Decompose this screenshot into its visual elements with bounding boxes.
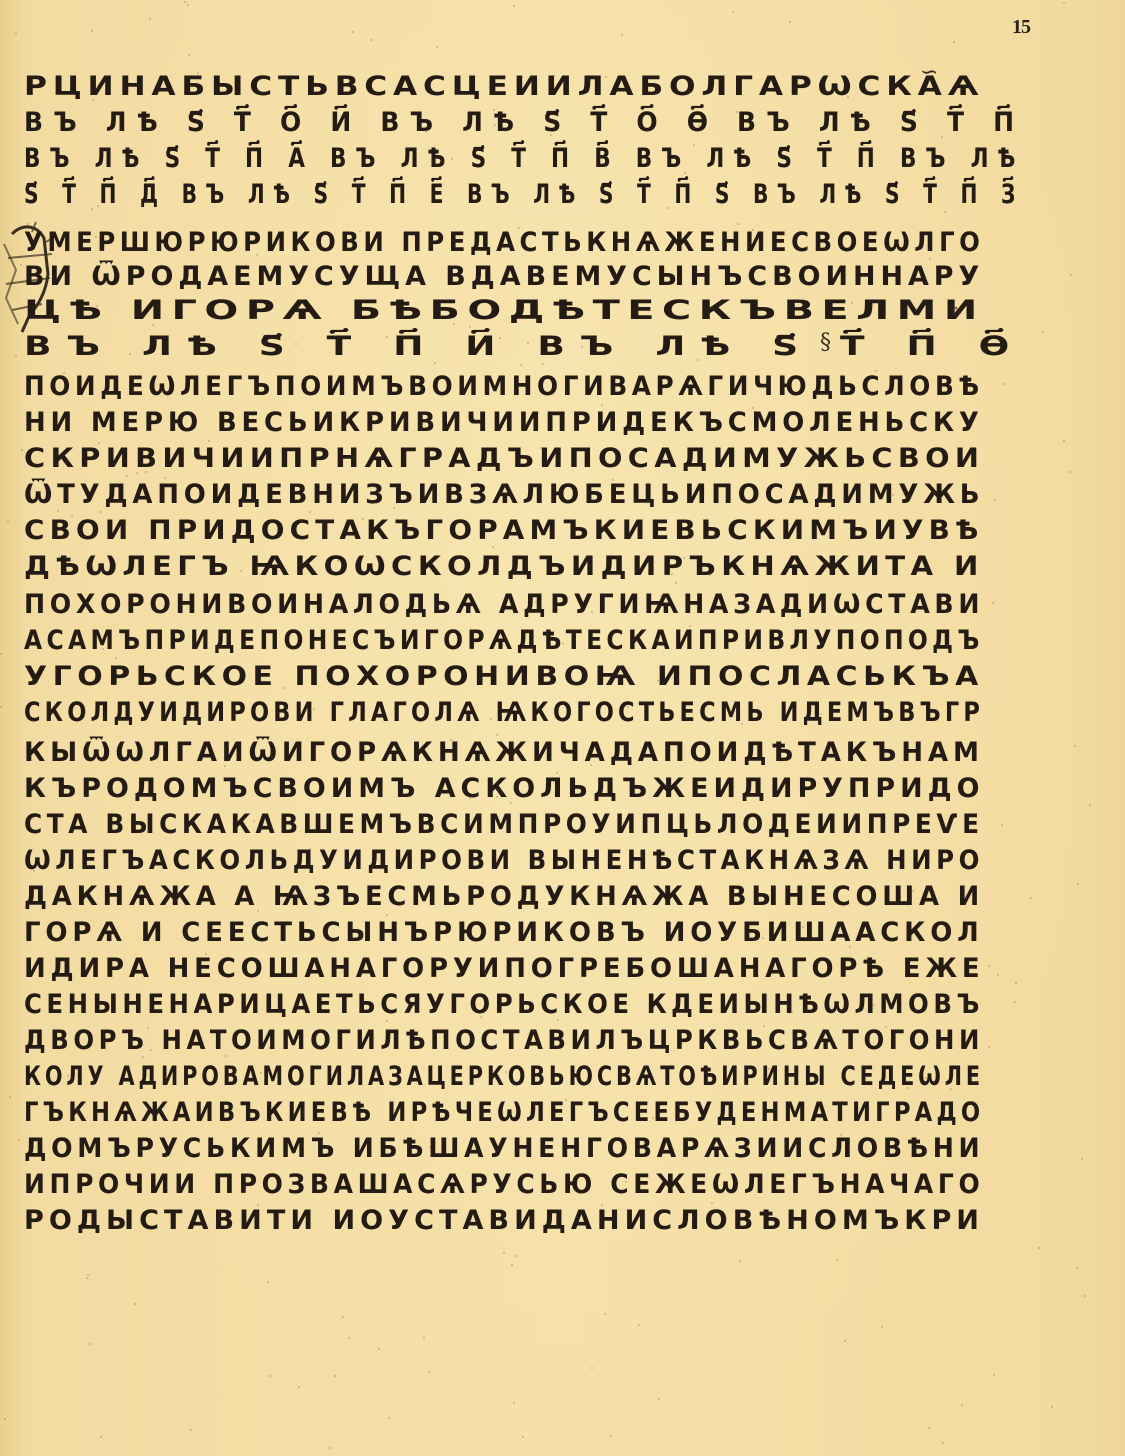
paper-speck	[190, 1429, 192, 1431]
paper-speck	[689, 625, 691, 627]
paper-speck	[1001, 824, 1003, 826]
text-line: сеныненарицаетьсяугорьское кдеиынѣѡлмовъ	[24, 990, 984, 1020]
paper-speck	[540, 447, 542, 449]
paper-speck	[1008, 152, 1010, 154]
paper-speck	[197, 72, 199, 74]
paper-speck	[656, 958, 658, 960]
paper-speck	[172, 1120, 174, 1122]
paper-speck	[768, 1068, 770, 1070]
paper-speck	[510, 802, 512, 804]
paper-speck	[988, 965, 990, 967]
paper-speck	[837, 928, 839, 930]
paper-speck	[684, 172, 686, 174]
paper-speck	[590, 764, 592, 766]
paper-speck	[496, 734, 498, 736]
paper-speck	[992, 602, 994, 604]
paper-speck	[961, 1404, 963, 1406]
paper-speck	[709, 574, 711, 576]
paper-speck	[4, 1418, 6, 1420]
paper-speck	[87, 1274, 89, 1276]
text-line: ѡлегъаскольдуидирови выненѣстакнѧзѧ ниро	[24, 846, 984, 876]
paper-speck	[329, 1447, 331, 1449]
paper-speck	[1074, 745, 1076, 747]
paper-speck	[601, 1204, 603, 1206]
paper-speck	[103, 717, 105, 719]
paper-speck	[907, 1087, 909, 1089]
paper-speck	[520, 364, 522, 366]
paper-speck	[610, 1435, 612, 1437]
paper-speck	[269, 1375, 271, 1377]
paper-speck	[513, 5, 515, 7]
paper-speck	[857, 121, 859, 123]
paper-speck	[885, 198, 887, 200]
paper-speck	[494, 124, 496, 126]
paper-speck	[535, 601, 537, 603]
paper-speck	[667, 207, 669, 209]
paper-speck	[97, 205, 99, 207]
paper-speck	[188, 54, 190, 56]
paper-speck	[63, 372, 65, 374]
paper-speck	[71, 515, 73, 517]
paper-speck	[348, 1337, 350, 1339]
paper-speck	[763, 1025, 765, 1027]
paper-speck	[522, 1436, 524, 1438]
paper-speck	[98, 442, 100, 444]
paper-speck	[300, 521, 302, 523]
paper-speck	[15, 33, 17, 35]
paper-speck	[353, 456, 355, 458]
paper-speck	[527, 342, 529, 344]
paper-speck	[503, 1252, 505, 1254]
paper-speck	[271, 756, 273, 758]
paper-speck	[730, 567, 732, 569]
paper-speck	[400, 1072, 402, 1074]
paper-speck	[1014, 1001, 1016, 1003]
paper-speck	[652, 1117, 654, 1119]
paper-speck	[612, 479, 614, 481]
text-line: поидеѡлегъпоимъвоимногиварѧгичюдьсловѣ	[24, 372, 984, 402]
paper-speck	[875, 370, 877, 372]
paper-speck	[33, 870, 35, 872]
paper-speck	[114, 598, 116, 600]
paper-speck	[836, 1259, 838, 1261]
paper-speck	[849, 946, 851, 948]
paper-speck	[689, 91, 691, 93]
paper-speck	[91, 208, 93, 210]
paper-speck	[142, 1056, 144, 1058]
paper-speck	[627, 706, 629, 708]
text-line: свои придостакъгорамъкиевьскимъиувѣ	[24, 516, 984, 546]
paper-speck	[637, 312, 639, 314]
paper-speck	[671, 573, 673, 575]
paper-speck	[736, 111, 738, 113]
paper-speck	[892, 494, 894, 496]
text-line: угорьское похоронивоѩ ипосласькъа	[24, 662, 984, 692]
paper-speck	[469, 797, 471, 799]
text-line: ста выскакавшемъвсимпроуипцьлодеиипреѵе	[24, 810, 984, 840]
paper-speck	[450, 739, 452, 741]
paper-speck	[1063, 2, 1065, 4]
paper-speck	[119, 719, 121, 721]
paper-speck	[1081, 1158, 1083, 1160]
paper-speck	[386, 336, 388, 338]
paper-speck	[928, 1427, 930, 1429]
paper-speck	[881, 1326, 883, 1328]
paper-speck	[313, 708, 315, 710]
text-line: ипрочии прозвашасѧрусью сежеѡлегъначаго	[24, 1170, 984, 1200]
paper-speck	[140, 1150, 142, 1152]
paper-speck	[423, 1337, 425, 1339]
paper-speck	[550, 134, 552, 136]
paper-speck	[549, 813, 551, 815]
paper-speck	[89, 1343, 91, 1345]
paper-speck	[604, 1313, 606, 1315]
paper-speck	[445, 411, 447, 413]
paper-speck	[388, 1417, 390, 1419]
year-entry-line: въ лѣ ѕ҃ т҃ п҃ а҃ въ лѣ ѕ҃ т҃ п҃ в҃ въ л…	[24, 144, 1024, 174]
paper-speck	[752, 229, 754, 231]
paper-speck	[542, 363, 544, 365]
paper-speck	[32, 720, 34, 722]
paper-speck	[86, 1277, 88, 1279]
paper-speck	[283, 687, 285, 689]
paper-speck	[318, 1132, 320, 1134]
text-line: умершюрюрикови предастькнѧжениесвоеѡлго	[24, 228, 984, 258]
paper-speck	[993, 1374, 995, 1376]
text-line: рцинабыстьвсасцеиилаболгарѡскаѧ	[24, 72, 984, 102]
paper-speck	[553, 75, 555, 77]
paper-speck	[490, 718, 492, 720]
paper-speck	[591, 1367, 593, 1369]
paper-speck	[453, 323, 455, 325]
paper-speck	[91, 30, 93, 32]
paper-speck	[1038, 1247, 1040, 1249]
paper-speck	[515, 749, 517, 751]
paper-speck	[950, 1088, 952, 1090]
paper-speck	[386, 1020, 388, 1022]
paper-speck	[9, 1096, 11, 1098]
paper-speck	[565, 1099, 567, 1101]
text-line: дѣѡлегъ ѩкоѡсколдъидиръкнѧжита и	[24, 552, 984, 582]
paper-speck	[518, 227, 520, 229]
paper-speck	[27, 223, 29, 225]
paper-speck	[628, 428, 630, 430]
paper-speck	[129, 353, 131, 355]
paper-speck	[429, 1146, 431, 1148]
paper-speck	[32, 817, 34, 819]
paper-speck	[912, 890, 914, 892]
paper-speck	[1030, 897, 1032, 899]
marginal-flourish-icon: ꙳	[950, 300, 962, 330]
paper-speck	[997, 974, 999, 976]
text-line: колу адировамогилазацерковьюсвѧтоѣирины …	[24, 1062, 984, 1092]
paper-speck	[558, 340, 560, 342]
paper-speck	[436, 46, 438, 48]
paper-speck	[623, 822, 625, 824]
paper-speck	[349, 1184, 351, 1186]
paper-speck	[929, 258, 931, 260]
paper-speck	[1003, 383, 1005, 385]
paper-speck	[994, 499, 996, 501]
paper-speck	[267, 1281, 269, 1283]
paper-speck	[657, 680, 659, 682]
paper-speck	[504, 637, 506, 639]
paper-speck	[711, 1202, 713, 1204]
paper-speck	[224, 765, 226, 767]
paper-speck	[334, 1375, 336, 1377]
paper-speck	[988, 1046, 990, 1048]
paper-speck	[942, 1442, 944, 1444]
text-line: горѧ и сеестьсынърюриковъ иоубишааскол	[24, 918, 984, 948]
paper-speck	[683, 557, 685, 559]
paper-speck	[697, 359, 699, 361]
paper-speck	[18, 1139, 20, 1141]
paper-speck	[257, 1204, 259, 1206]
page-number: 15	[1012, 16, 1030, 39]
paper-speck	[658, 1398, 660, 1400]
paper-speck	[741, 723, 743, 725]
paper-speck	[656, 639, 658, 641]
paper-speck	[515, 1255, 517, 1257]
paper-speck	[135, 644, 137, 646]
paper-speck	[342, 1316, 344, 1318]
paper-speck	[873, 1004, 875, 1006]
paper-speck	[739, 1260, 741, 1262]
paper-speck	[754, 428, 756, 430]
paper-speck	[1084, 1295, 1086, 1297]
paper-speck	[499, 337, 501, 339]
paper-speck	[511, 1264, 513, 1266]
paper-speck	[20, 264, 22, 266]
paper-speck	[513, 1402, 515, 1404]
text-line: дакнѧжа а ѩзъесмьродукнѧжа вынесоша и	[24, 882, 984, 912]
paper-speck	[187, 4, 189, 6]
text-line: ни мерю весьикривичиипридекъсмоленьску	[24, 408, 984, 438]
paper-speck	[96, 305, 98, 307]
paper-speck	[126, 475, 128, 477]
paper-speck	[100, 1436, 102, 1438]
text-line: скривичиипрнѧградъипосадимужьсвои	[24, 444, 984, 474]
paper-speck	[706, 537, 708, 539]
text-line: идира несошанагоруипогребошанагорѣ еже	[24, 954, 984, 984]
paper-speck	[752, 407, 754, 409]
paper-speck	[257, 429, 259, 431]
paper-speck	[102, 648, 104, 650]
text-line: похоронивоиналодьѧ адругиѩназадиѡстави	[24, 590, 984, 620]
paper-speck	[385, 604, 387, 606]
paper-speck	[641, 855, 643, 857]
paper-speck	[451, 158, 453, 160]
paper-speck	[393, 507, 395, 509]
marginal-flourish-icon: §	[820, 330, 831, 355]
paper-speck	[57, 510, 59, 512]
paper-speck	[67, 1075, 69, 1077]
paper-speck	[789, 21, 791, 23]
paper-speck	[971, 600, 973, 602]
paper-speck	[557, 1019, 559, 1021]
paper-speck	[352, 31, 354, 33]
paper-speck	[1051, 1406, 1053, 1408]
paper-speck	[184, 1, 186, 3]
paper-speck	[145, 471, 147, 473]
paper-speck	[309, 511, 311, 513]
paper-speck	[847, 96, 849, 98]
paper-speck	[100, 511, 102, 513]
paper-speck	[425, 131, 427, 133]
text-line: ѿтудапоидевнизъивзѧлюбецьипосадимужь	[24, 480, 984, 510]
paper-speck	[953, 41, 955, 43]
paper-speck	[844, 1340, 846, 1342]
paper-speck	[802, 926, 804, 928]
paper-speck	[92, 99, 94, 101]
paper-speck	[820, 713, 822, 715]
paper-speck	[225, 1055, 227, 1057]
paper-speck	[758, 244, 760, 246]
paper-speck	[138, 565, 140, 567]
paper-speck	[698, 125, 700, 127]
paper-speck	[840, 1134, 842, 1136]
paper-speck	[115, 657, 117, 659]
paper-speck	[370, 39, 372, 41]
paper-speck	[149, 18, 151, 20]
paper-speck	[1089, 804, 1091, 806]
paper-speck	[675, 582, 677, 584]
paper-speck	[851, 302, 853, 304]
paper-speck	[601, 404, 603, 406]
text-line: ви ѿродаемусуща вдавемусынъсвоиннару	[24, 262, 984, 292]
paper-speck	[941, 136, 943, 138]
paper-speck	[428, 1371, 430, 1373]
paper-speck	[136, 472, 138, 474]
paper-speck	[491, 1215, 493, 1217]
paper-speck	[208, 440, 210, 442]
text-line: цѣ игорѧ бѣбодѣтескъвелми	[24, 296, 985, 326]
paper-speck	[253, 820, 255, 822]
paper-speck	[504, 130, 506, 132]
paper-speck	[832, 191, 834, 193]
paper-speck	[268, 1047, 270, 1049]
paper-speck	[295, 343, 297, 345]
year-entry-line: ѕ҃ т҃ п҃ д҃ въ лѣ ѕ҃ т҃ п҃ е҃ въ лѣ ѕ҃ т…	[24, 180, 1024, 210]
paper-speck	[762, 937, 764, 939]
paper-speck	[7, 521, 9, 523]
paper-speck	[21, 449, 23, 451]
paper-speck	[1077, 883, 1079, 885]
paper-speck	[298, 1386, 300, 1388]
paper-speck	[15, 355, 17, 357]
paper-speck	[1042, 331, 1044, 333]
paper-speck	[190, 1154, 192, 1156]
paper-speck	[337, 560, 339, 562]
paper-speck	[362, 518, 364, 520]
paper-speck	[0, 653, 2, 655]
paper-speck	[898, 597, 900, 599]
paper-speck	[581, 346, 583, 348]
year-entry-line: въ лѣ ѕ҃ т҃ п҃ и҃ въ лѣ ѕ҃ т҃ п҃ ѳ҃	[24, 332, 1024, 362]
paper-speck	[1063, 440, 1065, 442]
paper-speck	[790, 1005, 792, 1007]
paper-speck	[1015, 982, 1017, 984]
paper-speck	[469, 326, 471, 328]
paper-speck	[302, 1111, 304, 1113]
paper-speck	[39, 564, 41, 566]
paper-speck	[505, 1071, 507, 1073]
paper-speck	[496, 796, 498, 798]
text-line: сколдуидирови глаголѧ ѩкогостьесмь идемъ…	[24, 698, 984, 728]
paper-speck	[660, 595, 662, 597]
paper-speck	[591, 611, 593, 613]
marginal-flourish-icon: ∽	[920, 60, 938, 85]
text-line: дворъ натоимогилѣпоставилъцрквьсвѧтогони	[24, 1026, 984, 1056]
paper-speck	[885, 1026, 887, 1028]
paper-speck	[811, 463, 813, 465]
paper-speck	[95, 236, 97, 238]
paper-speck	[625, 1181, 627, 1183]
text-line: домъруськимъ ибѣшауненговарѧзиисловѣни	[24, 1134, 984, 1164]
paper-speck	[386, 914, 388, 916]
paper-speck	[638, 1324, 640, 1326]
text-line: гъкнѧжаивъкиевѣ ирѣчеѡлегъсеебуденматигр…	[24, 1098, 984, 1128]
paper-speck	[240, 570, 242, 572]
paper-speck	[309, 848, 311, 850]
paper-speck	[57, 535, 59, 537]
text-line: кыѿѡлгаиѿигорѧкнѧжичадапоидѣтакънам	[24, 738, 984, 768]
paper-speck	[256, 254, 258, 256]
paper-speck	[737, 223, 739, 225]
text-line: къродомъсвоимъ аскольдъжеидирупридо	[24, 774, 984, 804]
paper-speck	[1070, 274, 1072, 276]
year-entry-line: въ лѣ ѕ҃ т҃ о҃ и҃ въ лѣ ѕ҃ т҃ о҃ ѳ҃ въ л…	[24, 108, 1024, 138]
paper-speck	[0, 706, 2, 708]
paper-speck	[434, 362, 436, 364]
paper-speck	[484, 972, 486, 974]
paper-speck	[605, 76, 607, 78]
paper-speck	[493, 109, 495, 111]
paper-speck	[1076, 1267, 1078, 1269]
paper-speck	[152, 324, 154, 326]
paper-speck	[480, 1016, 482, 1018]
paper-speck	[53, 597, 55, 599]
paper-speck	[359, 230, 361, 232]
paper-speck	[492, 546, 494, 548]
paper-speck	[562, 643, 564, 645]
paper-speck	[277, 353, 279, 355]
paper-speck	[556, 772, 558, 774]
paper-speck	[791, 1011, 793, 1013]
paper-speck	[378, 1348, 380, 1350]
paper-speck	[134, 1303, 136, 1305]
paper-speck	[147, 1027, 149, 1029]
paper-speck	[164, 477, 166, 479]
text-line: асамъпридепонесъигорѧдѣтескаипривлупопод…	[24, 626, 984, 656]
text-line: родыставити иоуставиданисловѣномъкри	[24, 1206, 984, 1236]
paper-speck	[150, 1049, 152, 1051]
paper-speck	[260, 1072, 262, 1074]
paper-speck	[373, 486, 375, 488]
paper-speck	[925, 1077, 927, 1079]
paper-speck	[1069, 471, 1071, 473]
paper-speck	[621, 34, 623, 36]
paper-speck	[205, 953, 207, 955]
paper-speck	[732, 11, 734, 13]
paper-speck	[257, 910, 259, 912]
paper-speck	[944, 211, 946, 213]
manuscript-page: 15 рцинабыстьвсасцеиилаболгарѡскаѧвъ лѣ …	[0, 0, 1125, 1456]
paper-speck	[693, 144, 695, 146]
